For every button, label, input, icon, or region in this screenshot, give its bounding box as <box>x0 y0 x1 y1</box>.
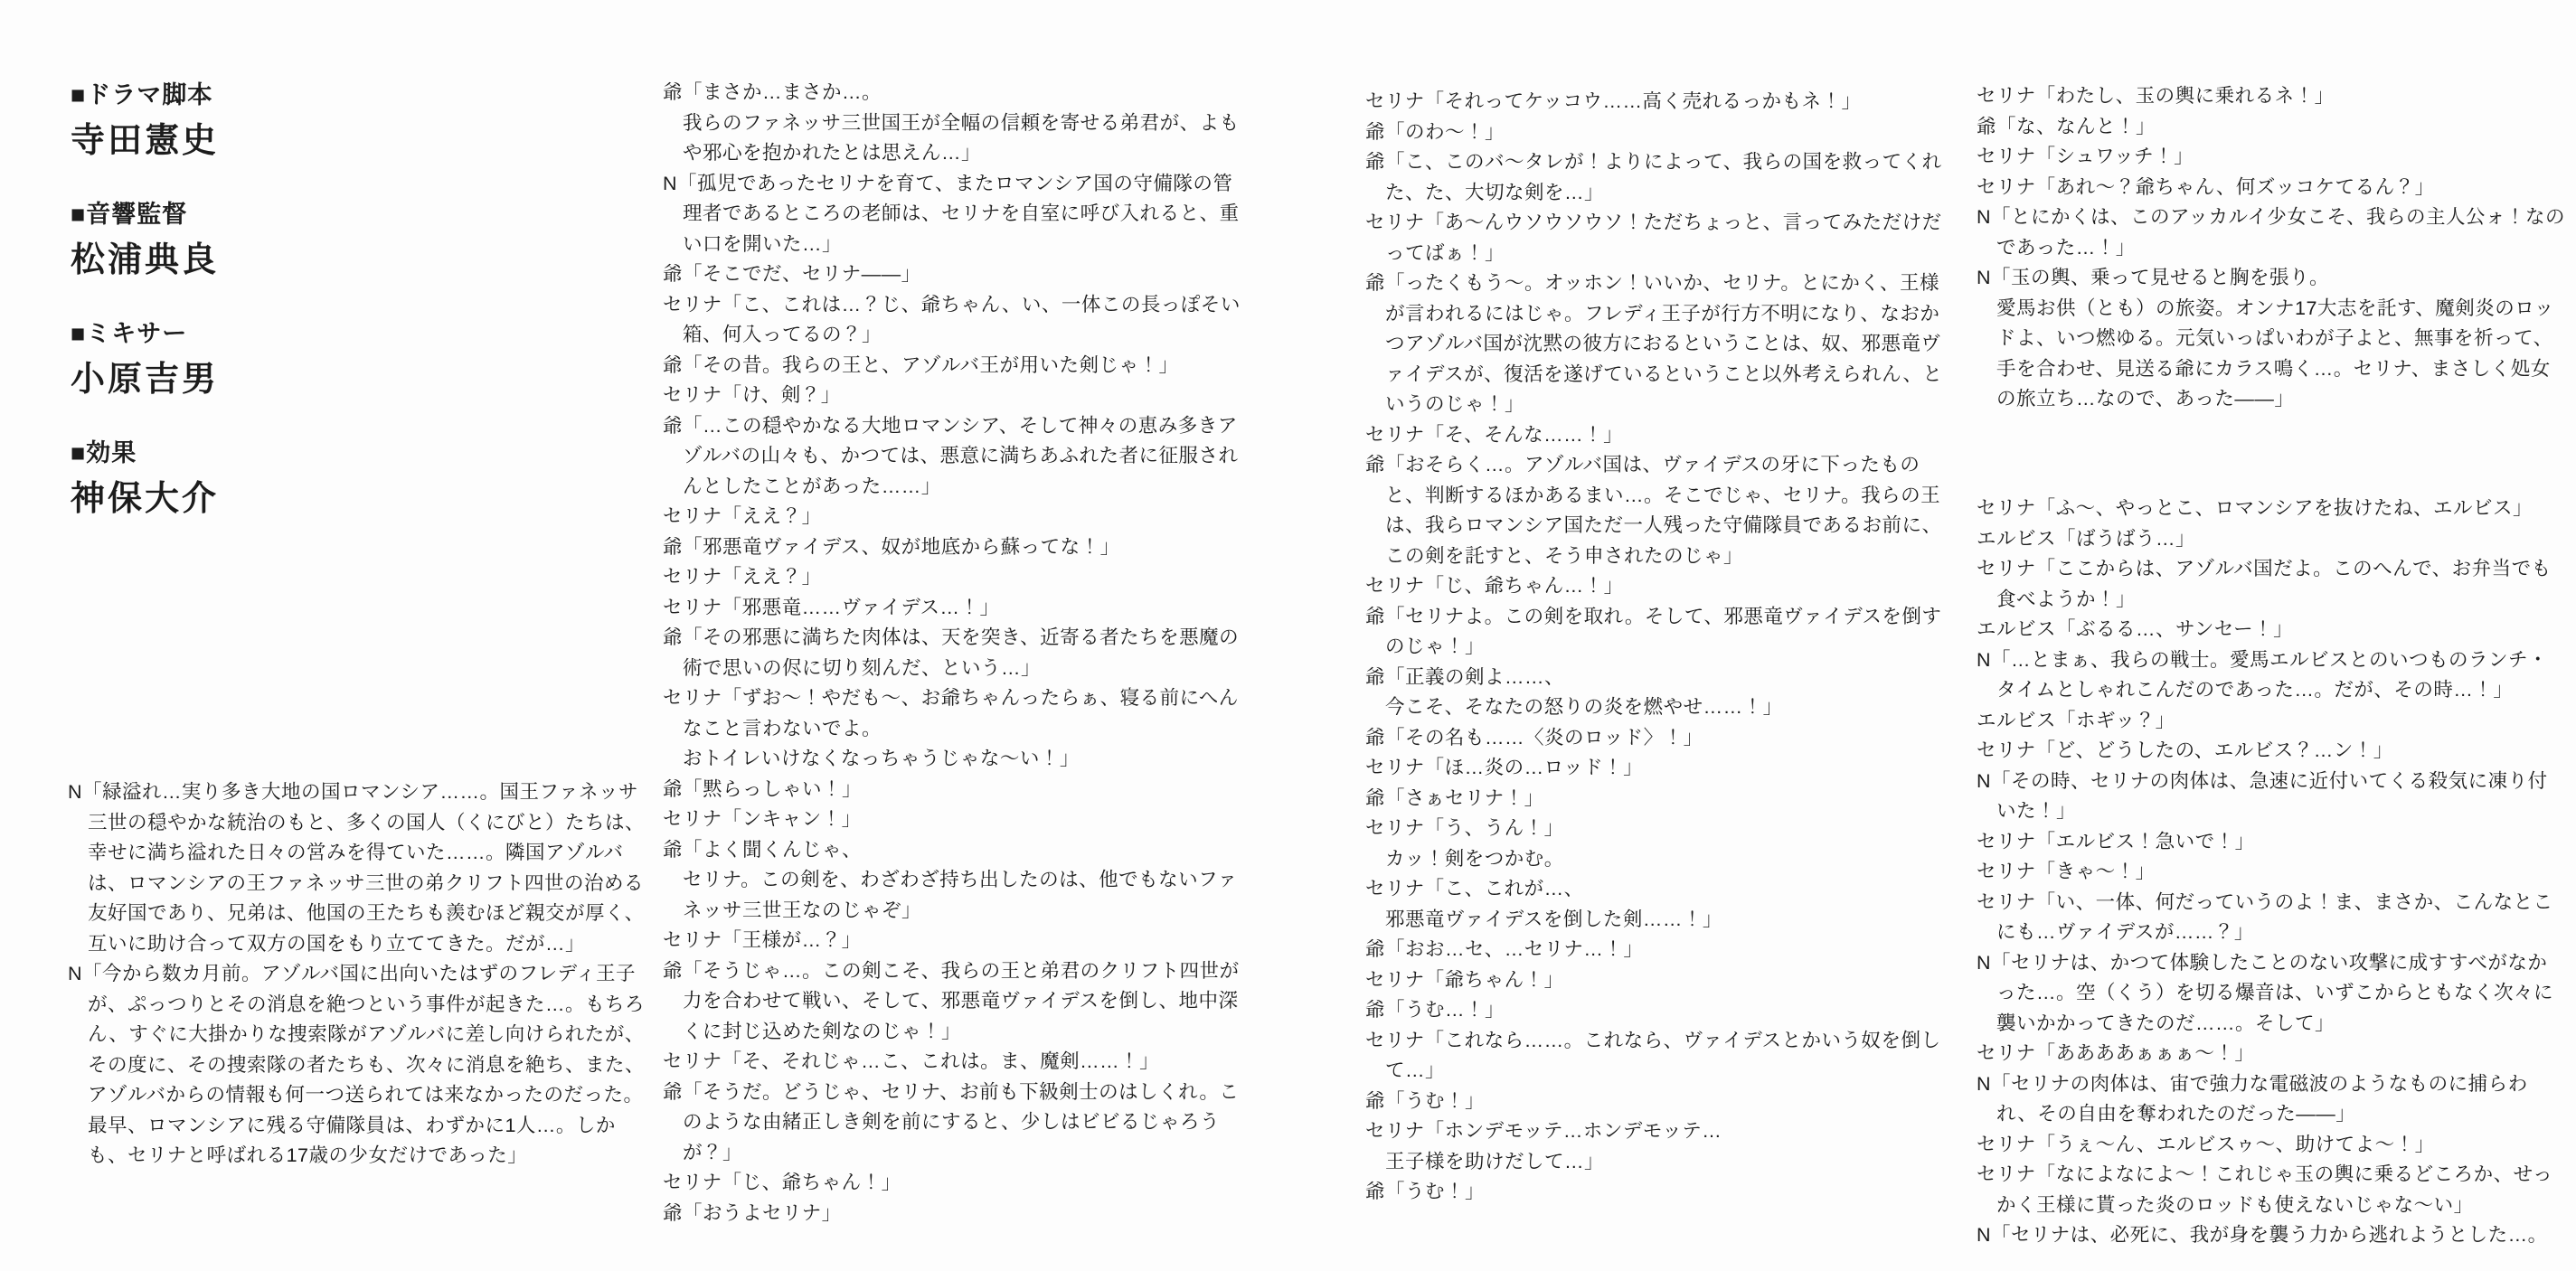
script-paragraph: セリナ「ふ～、やっとこ、ロマンシアを抜けたね、エルビス」 <box>1977 494 2566 524</box>
narration-column: N「緑溢れ…実り多き大地の国ロマンシア……。国王ファネッサ三世の穏やかな統治のも… <box>68 777 654 1172</box>
script-column-4-part-2: セリナ「ふ～、やっとこ、ロマンシアを抜けたね、エルビス」エルビス「ばうばう…」セ… <box>1977 494 2566 1251</box>
script-paragraph: セリナ「シュワッチ！」 <box>1977 142 2566 173</box>
script-paragraph: セリナ「こ、これが…、 邪悪竜ヴァイデスを倒した剣……！」 <box>1365 874 1951 935</box>
script-paragraph: 爺「そこでだ、セリナ――」 <box>663 259 1241 290</box>
script-paragraph: 爺「その名も……〈炎のロッド〉！」 <box>1365 723 1951 754</box>
script-column-3: セリナ「それってケッコウ……高く売れるっかもネ！」爺「のわ～！」爺「こ、このバ～… <box>1365 87 1951 1208</box>
script-paragraph: セリナ「ええ？」 <box>663 562 1241 593</box>
script-paragraph: セリナ「あれ～？爺ちゃん、何ズッコケてるん？」 <box>1977 173 2566 203</box>
script-paragraph: 爺「その昔。我らの王と、アゾルバ王が用いた剣じゃ！」 <box>663 351 1241 381</box>
credits-section: ■ドラマ脚本 寺田憲史 ■音響監督 松浦典良 ■ミキサー 小原吉男 ■効果 神保… <box>71 81 631 559</box>
script-paragraph: 爺「邪悪竜ヴァイデス、奴が地底から蘇ってな！」 <box>663 532 1241 563</box>
credit-group-mixer: ■ミキサー 小原吉男 <box>71 320 631 398</box>
script-paragraph: セリナ「ええ？」 <box>663 502 1241 532</box>
credit-group-sound-director: ■音響監督 松浦典良 <box>71 201 631 278</box>
script-paragraph: 爺「…この穏やかなる大地ロマンシア、そして神々の恵み多きアゾルバの山々も、かつて… <box>663 411 1241 503</box>
script-paragraph: N「緑溢れ…実り多き大地の国ロマンシア……。国王ファネッサ三世の穏やかな統治のも… <box>68 777 654 959</box>
script-paragraph: セリナ「王様が…？」 <box>663 926 1241 956</box>
script-paragraph: 爺「まさか…まさか…。 我らのファネッサ三世国王が全幅の信頼を寄せる弟君が、よも… <box>663 78 1241 169</box>
booklet-page: ■ドラマ脚本 寺田憲史 ■音響監督 松浦典良 ■ミキサー 小原吉男 ■効果 神保… <box>0 0 2576 1271</box>
script-paragraph: セリナ「エルビス！急いで！」 <box>1977 827 2566 858</box>
script-paragraph: セリナ「ここからは、アゾルバ国だよ。このへんで、お弁当でも食べようか！」 <box>1977 554 2566 615</box>
script-paragraph: 爺「うむ！」 <box>1365 1177 1951 1208</box>
script-paragraph: セリナ「い、一体、何だっていうのよ！ま、まさか、こんなとこにも…ヴァイデスが……… <box>1977 888 2566 948</box>
script-paragraph: セリナ「じ、爺ちゃん！」 <box>663 1168 1241 1199</box>
script-paragraph: セリナ「きゃ～！」 <box>1977 857 2566 888</box>
script-paragraph: 爺「黙らっしゃい！」 <box>663 775 1241 805</box>
script-paragraph: 爺「こ、このバ～タレが！よりによって、我らの国を救ってくれた、た、大切な剣を…」 <box>1365 147 1951 208</box>
credit-role-heading: ■音響監督 <box>71 201 631 229</box>
script-column-4-part-1: セリナ「わたし、玉の輿に乗れるネ！」爺「な、なんと！」セリナ「シュワッチ！」セリ… <box>1977 81 2566 415</box>
script-paragraph: 爺「正義の剣よ……、 今こそ、そなたの怒りの炎を燃やせ……！」 <box>1365 663 1951 723</box>
script-paragraph: エルビス「ぶるる…、サンセー！」 <box>1977 615 2566 645</box>
script-paragraph: セリナ「じ、爺ちゃん…！」 <box>1365 571 1951 602</box>
script-paragraph: セリナ「なによなによ～！これじゃ玉の輿に乗るどころか、せっかく王様に貰った炎のロ… <box>1977 1160 2566 1220</box>
credit-group-effects: ■効果 神保大介 <box>71 439 631 517</box>
script-paragraph: 爺「おうよセリナ」 <box>663 1199 1241 1229</box>
script-paragraph: セリナ「う、うん！」 カッ！剣をつかむ。 <box>1365 814 1951 874</box>
credit-person-name: 寺田憲史 <box>71 123 631 159</box>
script-paragraph: N「…とまぁ、我らの戦士。愛馬エルビスとのいつものランチ・タイムとしゃれこんだの… <box>1977 645 2566 706</box>
script-paragraph: 爺「な、なんと！」 <box>1977 112 2566 143</box>
credit-person-name: 小原吉男 <box>71 362 631 398</box>
script-paragraph: セリナ「ど、どうしたの、エルビス？…ン！」 <box>1977 736 2566 767</box>
credit-group-drama-script: ■ドラマ脚本 寺田憲史 <box>71 81 631 159</box>
script-paragraph: N「その時、セリナの肉体は、急速に近付いてくる殺気に凍り付いた！」 <box>1977 767 2566 827</box>
script-paragraph: 爺「ったくもう～。オッホン！いいか、セリナ。とにかく、王様が言われるにはじゃ。フ… <box>1365 268 1951 420</box>
script-paragraph: セリナ「うぇ～ん、エルビスゥ～、助けてよ～！」 <box>1977 1130 2566 1161</box>
script-paragraph: 爺「そうじゃ…。この剣こそ、我らの王と弟君のクリフト四世が力を合わせて戦い、そし… <box>663 956 1241 1048</box>
script-paragraph: セリナ「あ～んウソウソウソ！ただちょっと、言ってみただけだってばぁ！」 <box>1365 208 1951 268</box>
script-paragraph: 爺「おそらく…。アゾルバ国は、ヴァイデスの牙に下ったものと、判断するほかあるまい… <box>1365 450 1951 571</box>
script-paragraph: N「今から数カ月前。アゾルバ国に出向いたはずのフレディ王子が、ぷっつりとその消息… <box>68 959 654 1172</box>
credit-role-heading: ■ドラマ脚本 <box>71 81 631 109</box>
credit-person-name: 松浦典良 <box>71 242 631 278</box>
script-column-2: 爺「まさか…まさか…。 我らのファネッサ三世国王が全幅の信頼を寄せる弟君が、よも… <box>663 78 1241 1229</box>
script-paragraph: エルビス「ばうばう…」 <box>1977 524 2566 555</box>
script-paragraph: セリナ「こ、これは…？じ、爺ちゃん、い、一体この長っぽそい箱、何入ってるの？」 <box>663 290 1241 351</box>
script-paragraph: セリナ「け、剣？」 <box>663 381 1241 411</box>
script-paragraph: 爺「セリナよ。この剣を取れ。そして、邪悪竜ヴァイデスを倒すのじゃ！」 <box>1365 602 1951 663</box>
script-paragraph: セリナ「それってケッコウ……高く売れるっかもネ！」 <box>1365 87 1951 118</box>
script-paragraph: セリナ「ホンデモッテ…ホンデモッテ… 王子様を助けだして…」 <box>1365 1116 1951 1177</box>
script-paragraph: N「孤児であったセリナを育て、またロマンシア国の守備隊の管理者であるところの老師… <box>663 169 1241 260</box>
script-paragraph: 爺「その邪悪に満ちた肉体は、天を突き、近寄る者たちを悪魔の術で思いの侭に切り刻ん… <box>663 623 1241 683</box>
script-paragraph: セリナ「ああああぁぁぁ～！」 <box>1977 1039 2566 1069</box>
script-paragraph: N「セリナは、かつて体験したことのない攻撃に成すすべがなかった…。空（くう）を切… <box>1977 948 2566 1040</box>
script-paragraph: 爺「さぁセリナ！」 <box>1365 784 1951 814</box>
script-paragraph: セリナ「わたし、玉の輿に乗れるネ！」 <box>1977 81 2566 112</box>
credit-person-name: 神保大介 <box>71 481 631 517</box>
credit-role-heading: ■効果 <box>71 439 631 467</box>
script-paragraph: N「とにかくは、このアッカルイ少女こそ、我らの主人公ォ！なのであった…！」 <box>1977 202 2566 263</box>
script-paragraph: 爺「うむ…！」 <box>1365 995 1951 1026</box>
script-paragraph: セリナ「爺ちゃん！」 <box>1365 965 1951 996</box>
script-paragraph: N「セリナは、必死に、我が身を襲う力から逃れようとした…。 <box>1977 1220 2566 1251</box>
script-paragraph: 爺「よく聞くんじゃ、 セリナ。この剣を、わざわざ持ち出したのは、他でもないファネ… <box>663 835 1241 927</box>
script-paragraph: セリナ「そ、そんな……！」 <box>1365 420 1951 451</box>
script-paragraph: セリナ「ほ…炎の…ロッド！」 <box>1365 753 1951 784</box>
script-paragraph: エルビス「ホギッ？」 <box>1977 706 2566 737</box>
script-paragraph: 爺「のわ～！」 <box>1365 118 1951 148</box>
script-paragraph: セリナ「邪悪竜……ヴァイデス…！」 <box>663 593 1241 624</box>
script-paragraph: 爺「おお…セ、…セリナ…！」 <box>1365 935 1951 965</box>
script-paragraph: セリナ「そ、それじゃ…こ、これは。ま、魔剣……！」 <box>663 1047 1241 1078</box>
script-paragraph: N「セリナの肉体は、宙で強力な電磁波のようなものに捕らわれ、その自由を奪われたの… <box>1977 1069 2566 1130</box>
script-paragraph: 爺「そうだ。どうじゃ、セリナ、お前も下級剣士のはしくれ。このような由緒正しき剣を… <box>663 1078 1241 1169</box>
script-paragraph: 爺「うむ！」 <box>1365 1087 1951 1117</box>
script-paragraph: セリナ「ずお～！やだも～、お爺ちゃんったらぁ、寝る前にへんなこと言わないでよ。 … <box>663 683 1241 775</box>
credit-role-heading: ■ミキサー <box>71 320 631 348</box>
script-paragraph: N「玉の輿、乗って見せると胸を張り。 愛馬お供（とも）の旅姿。オンナ17大志を託… <box>1977 263 2566 415</box>
script-paragraph: セリナ「これなら……。これなら、ヴァイデスとかいう奴を倒して…」 <box>1365 1026 1951 1087</box>
script-paragraph: セリナ「ンキャン！」 <box>663 805 1241 835</box>
